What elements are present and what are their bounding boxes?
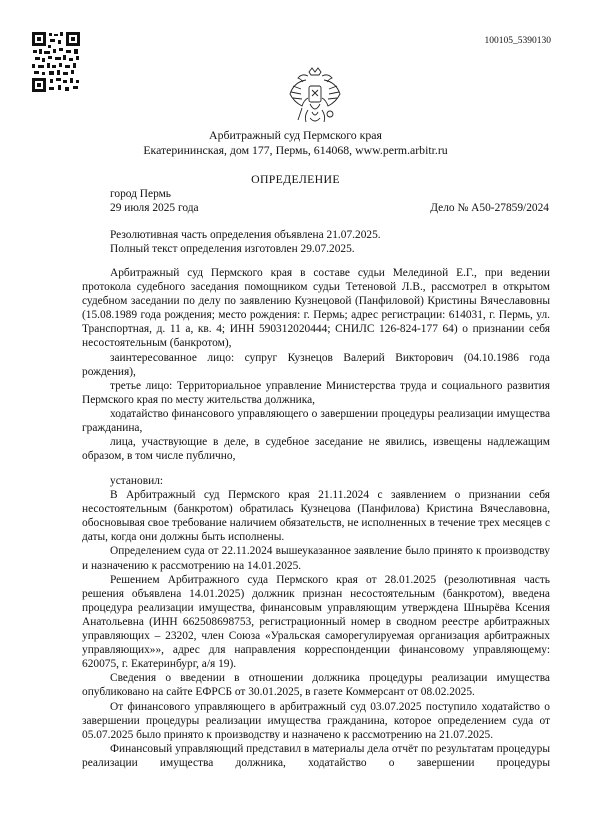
case-number: Дело № А50-27859/2024 bbox=[430, 202, 549, 214]
body-paragraph: Решением Арбитражного суда Пермского кра… bbox=[82, 573, 550, 672]
findings-section: установил: В Арбитражный суд Пермского к… bbox=[82, 474, 550, 770]
document-date: 29 июля 2025 года bbox=[110, 202, 199, 214]
body-paragraph: Определением суда от 22.11.2024 вышеуказ… bbox=[82, 544, 550, 572]
intro-paragraph: ходатайство финансового управляющего о з… bbox=[82, 407, 550, 435]
intro-section: Арбитражный суд Пермского края в составе… bbox=[82, 266, 550, 463]
document-title: ОПРЕДЕЛЕНИЕ bbox=[0, 172, 591, 187]
body-paragraph: Финансовый управляющий представил в мате… bbox=[82, 742, 550, 770]
body-paragraph: В Арбитражный суд Пермского края 21.11.2… bbox=[82, 488, 550, 544]
intro-paragraph: третье лицо: Территориальное управление … bbox=[82, 379, 550, 407]
city: город Пермь bbox=[110, 188, 171, 200]
document-id: 100105_5390130 bbox=[485, 36, 552, 46]
court-name: Арбитражный суд Пермского края bbox=[0, 128, 591, 143]
intro-paragraph: Арбитражный суд Пермского края в составе… bbox=[82, 266, 550, 351]
body-paragraph: Сведения о введении в отношении должника… bbox=[82, 671, 550, 699]
qr-code-icon bbox=[32, 32, 80, 92]
resolution-note: Резолютивная часть определения объявлена… bbox=[110, 229, 381, 241]
full-text-note: Полный текст определения изготовлен 29.0… bbox=[110, 243, 355, 255]
established-label: установил: bbox=[82, 474, 550, 488]
intro-paragraph: заинтересованное лицо: супруг Кузнецов В… bbox=[82, 351, 550, 379]
intro-paragraph: лица, участвующие в деле, в судебное зас… bbox=[82, 435, 550, 463]
body-paragraph: От финансового управляющего в арбитражны… bbox=[82, 700, 550, 742]
coat-of-arms-icon bbox=[288, 66, 342, 128]
court-address: Екатерининская, дом 177, Пермь, 614068, … bbox=[0, 143, 591, 158]
